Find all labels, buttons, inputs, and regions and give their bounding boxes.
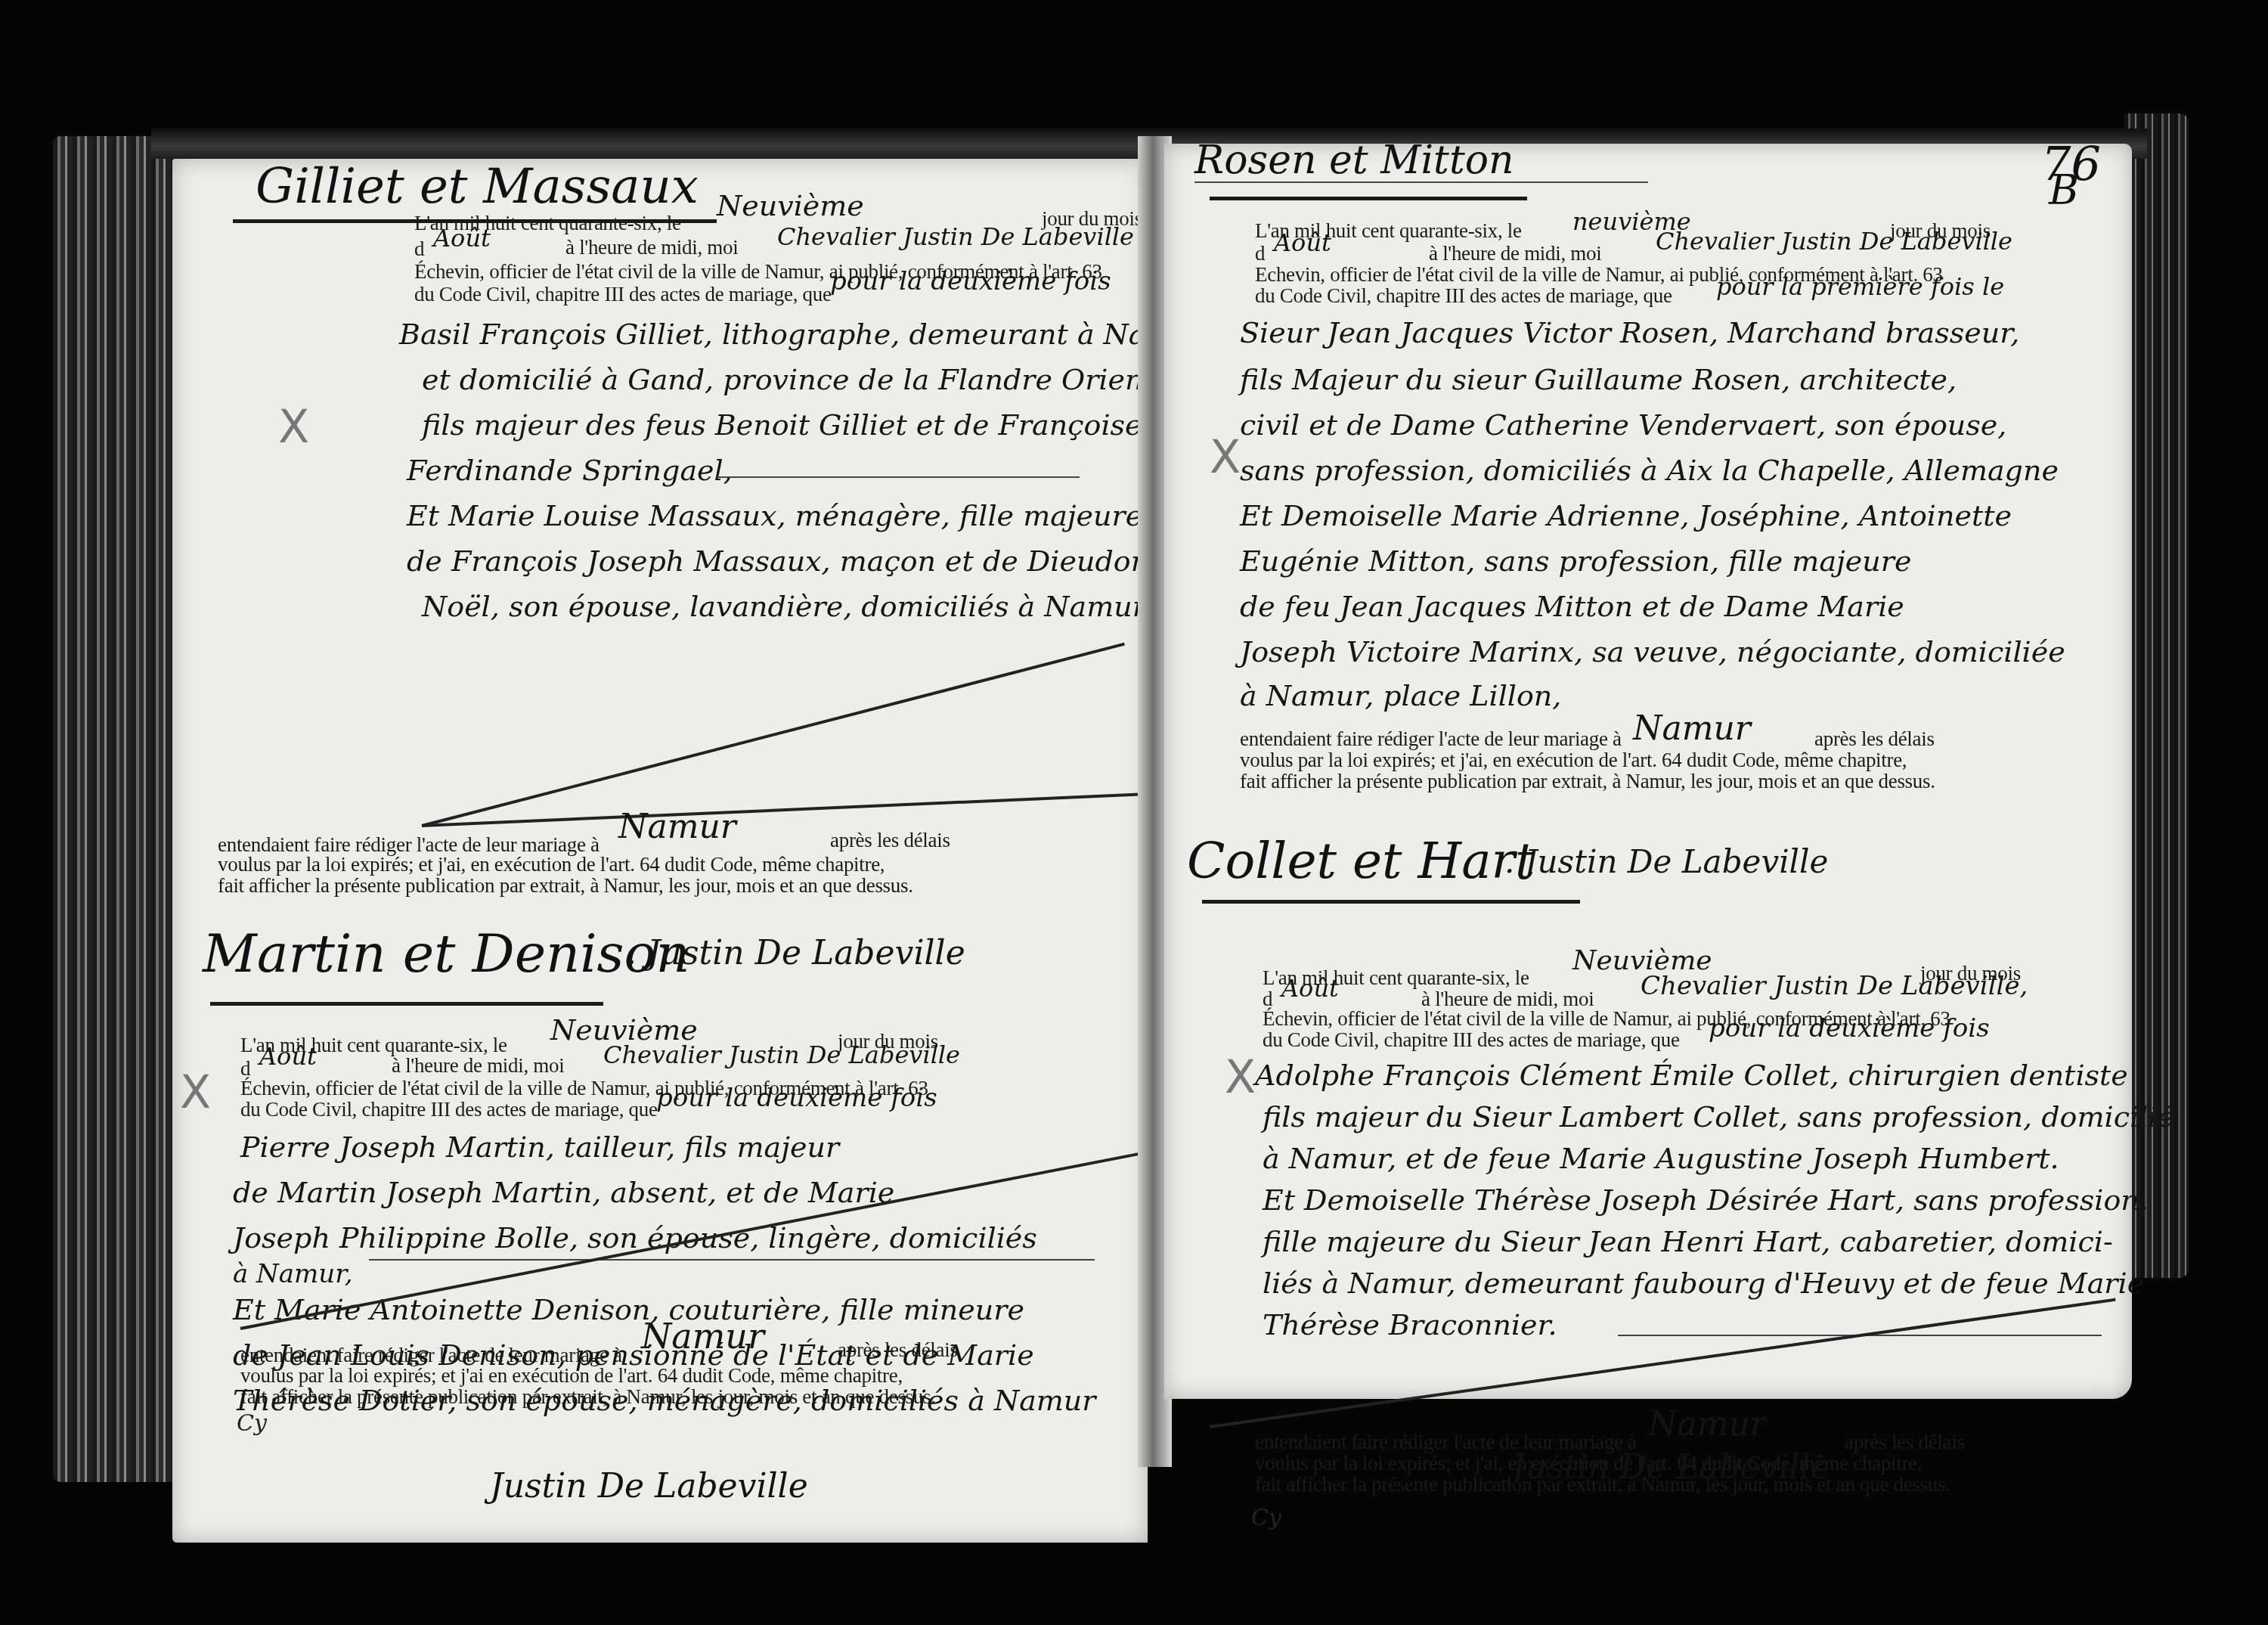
folio-mark: B [2049, 166, 2079, 214]
printed-line: fait afficher la présente publication pa… [218, 873, 913, 898]
handwritten-line: Eugénie Mitton, sans profession, fille m… [1240, 544, 1911, 578]
entry-title: Rosen et Mitton [1194, 138, 1514, 183]
handwritten-place: Namur [618, 808, 736, 846]
printed-line: après les délais [830, 827, 950, 853]
printed-line: du Code Civil, chapitre III des actes de… [1255, 283, 1672, 309]
handwritten-officer: Chevalier Justin De Labeville [777, 222, 1134, 251]
handwritten-line: fils majeur des feus Benoit Gilliet et d… [422, 408, 1142, 442]
handwritten-officer: Chevalier Justin De Labeville [1656, 227, 2012, 256]
handwritten-month: Août [433, 224, 491, 253]
handwritten-line: Pierre Joseph Martin, tailleur, fils maj… [240, 1130, 839, 1164]
printed-line: à l'heure de midi, moi [565, 234, 738, 260]
handwritten-line: de François Joseph Massaux, maçon et de … [407, 544, 1202, 578]
handwritten-line: de Martin Joseph Martin, absent, et de M… [233, 1176, 894, 1209]
title-underline [1210, 197, 1527, 200]
left-page: Gilliet et Massaux L'an mil huit cent qu… [172, 159, 1148, 1543]
title-underline [210, 1002, 603, 1006]
handwritten-line: civil et de Dame Catherine Vendervaert, … [1240, 408, 2006, 442]
handwritten-line: Noël, son épouse, lavandière, domiciliés… [422, 590, 1146, 623]
handwritten-line: Thérèse Braconnier. [1263, 1308, 1557, 1341]
handwritten-line: à Namur, [233, 1259, 353, 1289]
printed-line: du Code Civil, chapitre III des actes de… [1263, 1027, 1680, 1053]
handwritten-line: Basil François Gilliet, lithographe, dem… [399, 318, 1205, 351]
handwritten-month: Août [259, 1042, 317, 1071]
handwritten-line: Et Demoiselle Marie Adrienne, Joséphine,… [1240, 499, 2012, 532]
corner-mark: Cy [237, 1410, 267, 1437]
handwritten-line: fils majeur du Sieur Lambert Collet, san… [1263, 1100, 2174, 1133]
handwritten-que: pour la deuxième fois [656, 1083, 937, 1113]
handwritten-line: Adolphe François Clément Émile Collet, c… [1255, 1059, 2128, 1092]
handwritten-place: Namur [1648, 1405, 1766, 1444]
margin-mark: X [278, 401, 309, 454]
handwritten-que: pour la première fois le [1716, 272, 2004, 301]
handwritten-officer: Chevalier Justin De Labeville [603, 1040, 960, 1069]
printed-line: fait afficher la présente publication pa… [240, 1384, 936, 1409]
corner-mark: Cy [1251, 1505, 1281, 1531]
handwritten-place: Namur [641, 1316, 764, 1357]
fill-line [717, 476, 1080, 478]
handwritten-officer: Chevalier Justin De Labeville, [1641, 971, 2028, 1001]
book-left-page-edges [53, 136, 181, 1482]
handwritten-line: Ferdinande Springael, [407, 454, 733, 487]
signature: Justin De Labeville [490, 1467, 808, 1506]
entry-title: Collet et Hart [1187, 832, 1535, 890]
handwritten-line: Et Marie Louise Massaux, ménagère, fille… [407, 499, 1142, 532]
handwritten-que: pour la deuxième fois [1709, 1013, 1990, 1044]
title-underline [1202, 900, 1580, 904]
handwritten-line: Et Demoiselle Thérèse Joseph Désirée Har… [1263, 1183, 2149, 1217]
margin-mark: X [1225, 1051, 1256, 1104]
printed-line: du Code Civil, chapitre III des actes de… [414, 281, 832, 307]
handwritten-line: et domicilié à Gand, province de la Flan… [422, 363, 1207, 396]
handwritten-line: liés à Namur, demeurant faubourg d'Heuvy… [1263, 1267, 2144, 1300]
title-baseline [1194, 181, 1648, 183]
handwritten-day: Neuvième [717, 189, 864, 222]
handwritten-line: Sieur Jean Jacques Victor Rosen, Marchan… [1240, 316, 2019, 349]
margin-mark: X [1210, 431, 1241, 484]
handwritten-line: fille majeure du Sieur Jean Henri Hart, … [1263, 1225, 2113, 1258]
title-annotation: . Justin De Labeville [1504, 843, 1828, 880]
margin-mark: X [180, 1066, 211, 1119]
handwritten-line: Et Marie Antoinette Denison, couturière,… [233, 1293, 1024, 1326]
handwritten-month: Août [1281, 974, 1339, 1003]
handwritten-line: fils Majeur du sieur Guillaume Rosen, ar… [1240, 363, 1957, 396]
handwritten-line: sans profession, domiciliés à Aix la Cha… [1240, 454, 2059, 487]
fill-line [369, 1259, 1095, 1261]
printed-line: du Code Civil, chapitre III des actes de… [240, 1096, 658, 1122]
signature: Justin De Labeville [1512, 1448, 1830, 1487]
printed-line: fait afficher la présente publication pa… [1240, 768, 1935, 794]
entry-title: Martin et Denison [203, 923, 690, 985]
right-page: 76 B Rosen et Mitton L'an mil huit cent … [1164, 144, 2132, 1399]
handwritten-line: à Namur, place Lillon, [1240, 679, 1561, 712]
handwritten-line: Joseph Victoire Marinx, sa veuve, négoci… [1240, 635, 2065, 668]
printed-line: à l'heure de midi, moi [392, 1053, 564, 1078]
handwritten-line: à Namur, et de feue Marie Augustine Jose… [1263, 1142, 2059, 1175]
handwritten-line: de feu Jean Jacques Mitton et de Dame Ma… [1240, 590, 1904, 623]
handwritten-month: Août [1274, 228, 1331, 257]
printed-line: d [414, 236, 424, 262]
handwritten-place: Namur [1633, 709, 1751, 748]
entry-title: Gilliet et Massaux [256, 159, 699, 215]
title-annotation: . Justin De Labeville [626, 934, 965, 972]
printed-line: après les délais [838, 1337, 958, 1363]
handwritten-que: pour la deuxième fois [830, 266, 1111, 296]
